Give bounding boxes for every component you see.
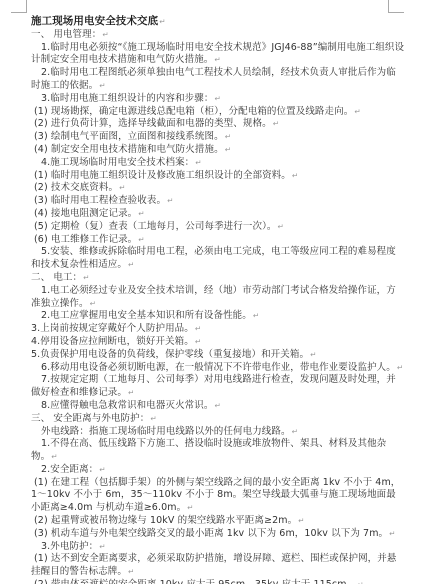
paragraph-text: (2) 带电体至遮栏的安全距离 10kv 应大于 95cm，35kv 应大于 1…: [34, 579, 356, 584]
paragraph: 3.临时用电施工组织设计的内容和步骤：↵: [31, 93, 405, 106]
paragraph-text: 6.移动用电设备必须切断电源，在一般情况下不许带电作业，带电作业要设监护人。: [41, 362, 396, 373]
paragraph-text: (4) 接地电阻测定记录。: [34, 208, 137, 219]
paragraph: (1) 临时用电施工组织设计及修改施工组织设计的全部资料。↵: [31, 170, 405, 183]
paragraph-text: 三、 安全距离与外电防护：: [31, 413, 149, 424]
paragraph: (1) 现场勘探，确定电源进线总配电箱（柜），分配电箱的位置及线路走向。↵: [31, 106, 405, 119]
paragraph-text: (4) 制定安全用电技术措施和电气防火措施。: [34, 144, 224, 155]
paragraph-return-mark: ↵: [353, 107, 360, 116]
paragraph: (3) 机动车道与外电架空线路交叉的最小距离 1kv 以下为 6m，10kv 以…: [31, 528, 405, 541]
paragraph-text: 3.临时用电施工组织设计的内容和步骤：: [41, 93, 213, 104]
paragraph-return-mark: ↵: [137, 235, 144, 244]
paragraph: (2) 技术交底资料。↵: [31, 182, 405, 195]
margin-crop-mark-top-right: [388, 0, 404, 13]
paragraph-return-mark: ↵: [118, 183, 125, 192]
paragraph-return-mark: ↵: [356, 580, 363, 584]
paragraph-return-mark: ↵: [252, 311, 259, 320]
paragraph-return-mark: ↵: [309, 350, 316, 359]
paragraph: 外电线路：指施工现场临时用电线路以外的任何电力线路。↵: [31, 426, 405, 439]
paragraph-return-mark: ↵: [98, 465, 105, 474]
paragraph-text: (3) 绘制电气平面图，立面图和接线系统图。: [34, 131, 224, 142]
paragraph-text: (1) 在建工程（包括脚手架）的外侧与架空线路之间的最小安全距离 1kv 不小于…: [31, 477, 400, 514]
document-content: 施工现场用电安全技术交底↵一、 用电管理：↵1.临时用电必须按“《施工现场临时用…: [31, 15, 405, 584]
margin-crop-mark-top-left: [11, 0, 27, 13]
paragraph-text: 二、 电工：: [31, 272, 82, 283]
paragraph: 1.临时用电必须按“《施工现场临时用电安全技术规范》JGJ46-88”编制用电施…: [31, 42, 405, 68]
paragraph-text: 5.安装、维修或拆除临时用电工程，必须由电工完成，电工等级应同工程的难易程度和技…: [31, 246, 396, 270]
paragraph-return-mark: ↵: [166, 196, 173, 205]
paragraph-return-mark: ↵: [194, 324, 201, 333]
paragraph-text: (2) 起重臂或被吊物边缘与 10kV 的架空线路水平距离≥2m。: [34, 515, 297, 526]
paragraph-text: 5.负责保护用电设备的负荷线，保护零线（重复接地）和开关箱。: [31, 349, 309, 360]
paragraph-text: 2.安全距离：: [41, 464, 98, 475]
paragraph: 7.按规定定期（工地每月、公司每季）对用电线路进行检查，发现问题及时处理，并做好…: [31, 374, 405, 400]
paragraph-return-mark: ↵: [224, 145, 231, 154]
paragraph-text: 2.电工应掌握用电安全基本知识和所有设备性能。: [41, 310, 252, 321]
paragraph-text: 7.按规定定期（工地每月、公司每季）对用电线路进行检查，发现问题及时处理，并做好…: [31, 374, 396, 398]
paragraph-return-mark: ↵: [396, 363, 403, 372]
paragraph-return-mark: ↵: [291, 427, 298, 436]
paragraph-return-mark: ↵: [89, 299, 96, 308]
paragraph-return-mark: ↵: [224, 132, 231, 141]
paragraph-return-mark: ↵: [149, 414, 156, 423]
page-title: 施工现场用电安全技术交底: [31, 15, 158, 27]
paragraph-text: 3.上岗前按规定穿戴好个人防护用品。: [31, 323, 194, 334]
paragraph-text: (1) 达不到安全距离要求，必须采取防护措施，增设屏障、遮栏、围栏或保护网，并悬…: [31, 553, 396, 577]
paragraph-text: 4.施工现场临时用电安全技术档案：: [41, 157, 194, 168]
section-heading: 一、 用电管理：↵: [31, 29, 405, 42]
paragraph-return-mark: ↵: [98, 542, 105, 551]
paragraph: 2.电工应掌握用电安全基本知识和所有设备性能。↵: [31, 310, 405, 323]
paragraph: (6) 电工维修工作记录。↵: [31, 234, 405, 247]
document-page: 施工现场用电安全技术交底↵一、 用电管理：↵1.临时用电必须按“《施工现场临时用…: [0, 0, 436, 584]
paragraph-text: 外电线路：指施工现场临时用电线路以外的任何电力线路。: [41, 426, 291, 437]
paragraph: 4.停用设备应拉闸断电，锁好开关箱。↵: [31, 336, 405, 349]
paragraph: 1.电工必须经过专业及安全技术培训，经（地）市劳动部门考试合格发给操作证，方准独…: [31, 285, 405, 311]
paragraph: (1) 达不到安全距离要求，必须采取防护措施，增设屏障、遮栏、围栏或保护网，并悬…: [31, 553, 405, 579]
paragraph-text: 8.应懂得触电急救常识和电器灭火常识。: [41, 400, 213, 411]
paragraph-text: 3.外电防护：: [41, 541, 98, 552]
paragraph-return-mark: ↵: [213, 94, 220, 103]
paragraph-return-mark: ↵: [127, 260, 134, 269]
paragraph: 6.移动用电设备必须切断电源，在一般情况下不许带电作业，带电作业要设监护人。↵: [31, 362, 405, 375]
paragraph-return-mark: ↵: [186, 503, 193, 512]
paragraph: (3) 临时用电工程检查验收表。↵: [31, 195, 405, 208]
paragraph-text: (2) 技术交底资料。: [34, 182, 118, 193]
paragraph-return-mark: ↵: [277, 222, 284, 231]
paragraph-text: (1) 现场勘探，确定电源进线总配电箱（柜），分配电箱的位置及线路走向。: [34, 106, 353, 117]
paragraph: 5.安装、维修或拆除临时用电工程，必须由电工完成，电工等级应同工程的难易程度和技…: [31, 246, 405, 272]
section-heading: 三、 安全距离与外电防护：↵: [31, 413, 405, 426]
paragraph: 2.安全距离：↵: [31, 464, 405, 477]
paragraph-return-mark: ↵: [388, 529, 395, 538]
paragraph: (4) 接地电阻测定记录。↵: [31, 208, 405, 221]
paragraph: 3.上岗前按规定穿戴好个人防护用品。↵: [31, 323, 405, 336]
document-title: 施工现场用电安全技术交底↵: [31, 15, 405, 29]
paragraph: (2) 进行负荷计算，选择导线截面和电器的类型、规格。↵: [31, 118, 405, 131]
paragraph-return-mark: ↵: [297, 516, 304, 525]
paragraph-return-mark: ↵: [137, 209, 144, 218]
paragraph-return-mark: ↵: [82, 273, 89, 282]
paragraph-return-mark: ↵: [101, 30, 108, 39]
paragraph-text: 2.临时用电工程图纸必须单独由电气工程技术人员绘制，经技术负责人审批后作为临时施…: [31, 67, 396, 91]
paragraph: 8.应懂得触电急救常识和电器灭火常识。↵: [31, 400, 405, 413]
paragraph: 3.外电防护：↵: [31, 541, 405, 554]
paragraph-return-mark: ↵: [158, 17, 165, 26]
paragraph-text: (1) 临时用电施工组织设计及修改施工组织设计的全部资料。: [34, 170, 291, 181]
paragraph-return-mark: ↵: [194, 337, 201, 346]
paragraph-return-mark: ↵: [127, 567, 134, 576]
paragraph-text: (6) 电工维修工作记录。: [34, 234, 137, 245]
paragraph-return-mark: ↵: [272, 119, 279, 128]
paragraph: (2) 带电体至遮栏的安全距离 10kv 应大于 95cm，35kv 应大于 1…: [31, 579, 405, 584]
paragraph: (5) 定期检（复）查表（工地每月，公司每季进行一次）。↵: [31, 221, 405, 234]
paragraph-return-mark: ↵: [194, 158, 201, 167]
paragraph: (3) 绘制电气平面图，立面图和接线系统图。↵: [31, 131, 405, 144]
paragraph-text: 4.停用设备应拉闸断电，锁好开关箱。: [31, 336, 194, 347]
paragraph: 1.不得在高、低压线路下方施工、搭设临时设施或堆放物件、架具、材料及其他杂物。↵: [31, 438, 405, 464]
paragraph-text: (3) 机动车道与外电架空线路交叉的最小距离 1kv 以下为 6m，10kv 以…: [34, 528, 388, 539]
paragraph-return-mark: ↵: [50, 452, 57, 461]
paragraph-return-mark: ↵: [213, 55, 220, 64]
paragraph: 4.施工现场临时用电安全技术档案：↵: [31, 157, 405, 170]
paragraph-text: 1.电工必须经过专业及安全技术培训，经（地）市劳动部门考试合格发给操作证，方准独…: [31, 285, 396, 309]
paragraph: 2.临时用电工程图纸必须单独由电气工程技术人员绘制，经技术负责人审批后作为临时施…: [31, 67, 405, 93]
paragraph: (1) 在建工程（包括脚手架）的外侧与架空线路之间的最小安全距离 1kv 不小于…: [31, 477, 405, 515]
paragraph-text: (5) 定期检（复）查表（工地每月，公司每季进行一次）。: [34, 221, 277, 232]
paragraph-text: 一、 用电管理：: [31, 29, 101, 40]
section-heading: 二、 电工：↵: [31, 272, 405, 285]
paragraph-text: (2) 进行负荷计算，选择导线截面和电器的类型、规格。: [34, 118, 272, 129]
paragraph: (4) 制定安全用电技术措施和电气防火措施。↵: [31, 144, 405, 157]
paragraph: (2) 起重臂或被吊物边缘与 10kV 的架空线路水平距离≥2m。↵: [31, 515, 405, 528]
paragraph-text: (3) 临时用电工程检查验收表。: [34, 195, 166, 206]
paragraph-return-mark: ↵: [291, 171, 298, 180]
paragraph: 5.负责保护用电设备的负荷线，保护零线（重复接地）和开关箱。↵: [31, 349, 405, 362]
paragraph-return-mark: ↵: [127, 388, 134, 397]
paragraph-text: 1.不得在高、低压线路下方施工、搭设临时设施或堆放物件、架具、材料及其他杂物。: [31, 438, 386, 462]
paragraph-return-mark: ↵: [98, 81, 105, 90]
paragraph-return-mark: ↵: [213, 401, 220, 410]
